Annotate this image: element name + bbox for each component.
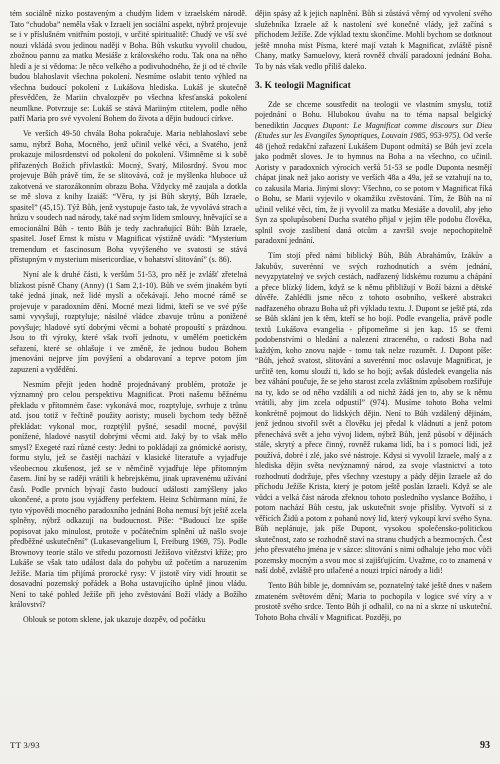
paragraph: tém sociálně nízko postaveným a chudým l… [10,9,247,125]
paragraph: Tento Bůh bible je, domnívám se, poznate… [255,581,492,623]
text-run: Nyní ale k druhé části, k veršům 51-53, … [10,270,247,374]
text-run: tém sociálně nízko postaveným a chudým l… [10,9,247,123]
section-heading: 3. K teologii Magnificat [255,81,492,92]
page-footer: TT 3/93 93 [10,740,490,751]
text-run: Od verše 48 (jehož redakční zařazení Luk… [255,131,492,245]
paragraph: Nesmím přejít jeden hodně projednávaný p… [10,380,247,611]
paragraph: Nyní ale k druhé části, k veršům 51-53, … [10,270,247,375]
text-run: Nesmím přejít jeden hodně projednávaný p… [10,380,247,610]
paragraph: Tím stojí před námi biblický Bůh, Bůh Ab… [255,251,492,577]
text-run: Tím stojí před námi biblický Bůh, Bůh Ab… [255,251,492,575]
column-right: dějin spásy až k jejich naplnění. Bůh si… [255,9,492,709]
journal-page: tém sociálně nízko postaveným a chudým l… [0,0,500,764]
text-run: Ve verších 49-50 chvála Boha pokračuje. … [10,129,247,264]
paragraph: Ve verších 49-50 chvála Boha pokračuje. … [10,129,247,266]
paragraph: Zde se chceme soustředit na teologii ve … [255,100,492,247]
text-run: Tento Bůh bible je, domnívám se, poznate… [255,581,492,622]
text-run: Oblouk se potom sklene, jak ukazuje dozp… [23,615,205,624]
paragraph: Oblouk se potom sklene, jak ukazuje dozp… [10,615,247,626]
article-body: tém sociálně nízko postaveným a chudým l… [10,9,492,709]
column-left: tém sociálně nízko postaveným a chudým l… [10,9,247,709]
journal-issue-label: TT 3/93 [10,740,40,750]
paragraph: dějin spásy až k jejich naplnění. Bůh si… [255,9,492,72]
text-run: dějin spásy až k jejich naplnění. Bůh si… [255,9,492,71]
page-number: 93 [480,740,490,751]
